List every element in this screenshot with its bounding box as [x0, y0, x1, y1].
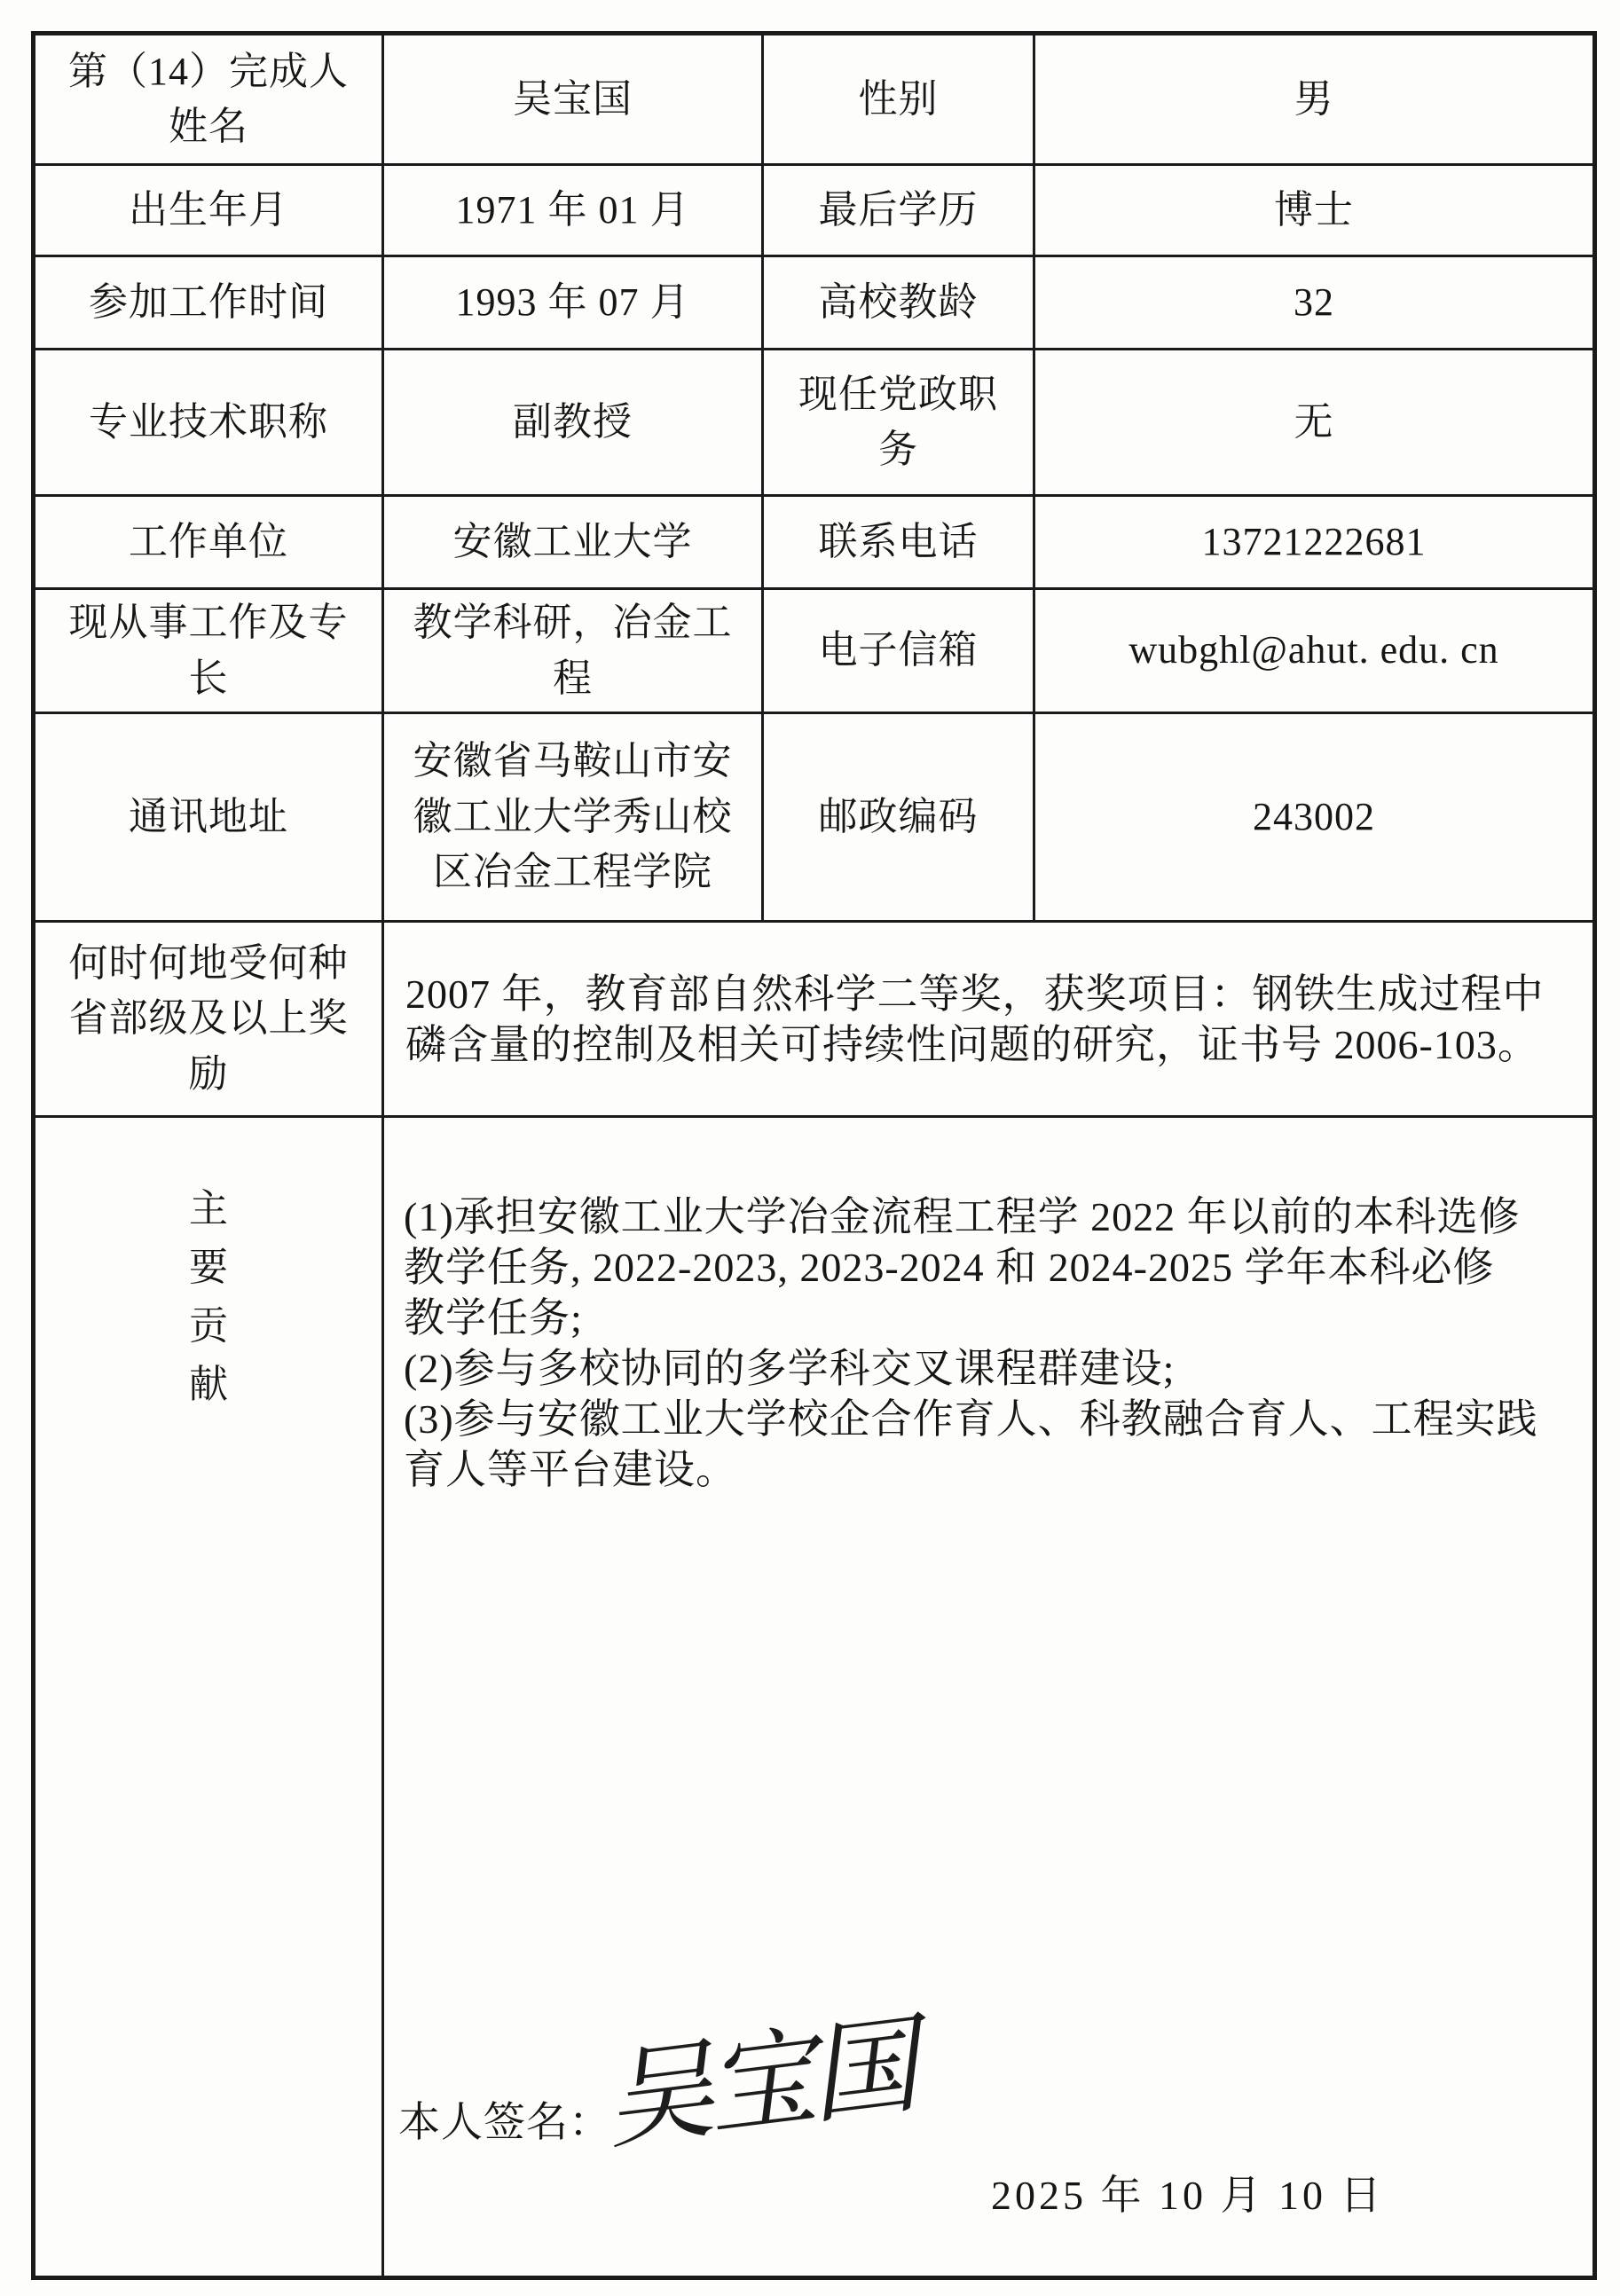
- signature-date: 2025 年 10 月 10 日: [991, 2170, 1385, 2221]
- postcode-label-cell: 邮政编码: [764, 714, 1035, 923]
- education-label-cell: 最后学历: [764, 166, 1035, 257]
- current-work-label-cell: 现从事工作及专 长: [35, 590, 384, 714]
- email-label-cell: 电子信箱: [764, 590, 1035, 714]
- employer-value-cell: 安徽工业大学: [384, 497, 764, 590]
- phone-label-cell: 联系电话: [764, 497, 1035, 590]
- email-value-cell: wubghl@ahut. edu. cn: [1035, 590, 1592, 714]
- contribution-value-cell: (1)承担安徽工业大学冶金流程工程学 2022 年以前的本科选修 教学任务, 2…: [384, 1118, 1592, 2276]
- signature-handwriting: 吴宝国: [599, 2012, 918, 2158]
- contribution-text: (1)承担安徽工业大学冶金流程工程学 2022 年以前的本科选修 教学任务, 2…: [404, 1194, 1538, 1492]
- contribution-label-cell: 主要贡献: [35, 1118, 384, 2276]
- birth-value-cell: 1971 年 01 月: [384, 166, 764, 257]
- address-label-cell: 通讯地址: [35, 714, 384, 923]
- current-work-value-cell: 教学科研，冶金工 程: [384, 590, 764, 714]
- employer-label-cell: 工作单位: [35, 497, 384, 590]
- party-post-value-cell: 无: [1035, 350, 1592, 497]
- education-value-cell: 博士: [1035, 166, 1592, 257]
- work-start-label-cell: 参加工作时间: [35, 257, 384, 350]
- title-label-cell: 专业技术职称: [35, 350, 384, 497]
- award-label-cell: 何时何地受何种 省部级及以上奖 励: [35, 923, 384, 1118]
- signature-label: 本人签名：: [398, 2103, 611, 2144]
- name-label-cell: 第（14）完成人 姓名: [35, 35, 384, 166]
- award-value-cell: 2007 年，教育部自然科学二等奖，获奖项目：钢铁生成过程中 磷含量的控制及相关…: [384, 923, 1592, 1118]
- contribution-label-text: 主要贡献: [188, 1180, 229, 1414]
- postcode-value-cell: 243002: [1035, 714, 1592, 923]
- teaching-age-value-cell: 32: [1035, 257, 1592, 350]
- birth-label-cell: 出生年月: [35, 166, 384, 257]
- scanned-form-page: 第（14）完成人 姓名 吴宝国 性别 男 出生年月 1971 年 01 月 最后…: [0, 0, 1620, 2296]
- completer-info-table: 第（14）完成人 姓名 吴宝国 性别 男 出生年月 1971 年 01 月 最后…: [31, 31, 1597, 2280]
- gender-value-cell: 男: [1035, 35, 1592, 166]
- title-value-cell: 副教授: [384, 350, 764, 497]
- address-value-cell: 安徽省马鞍山市安 徽工业大学秀山校 区冶金工程学院: [384, 714, 764, 923]
- signature-row: 本人签名：吴宝国: [398, 2069, 916, 2177]
- gender-label-cell: 性别: [764, 35, 1035, 166]
- name-value-cell: 吴宝国: [384, 35, 764, 166]
- party-post-label-cell: 现任党政职 务: [764, 350, 1035, 497]
- work-start-value-cell: 1993 年 07 月: [384, 257, 764, 350]
- phone-value-cell: 13721222681: [1035, 497, 1592, 590]
- teaching-age-label-cell: 高校教龄: [764, 257, 1035, 350]
